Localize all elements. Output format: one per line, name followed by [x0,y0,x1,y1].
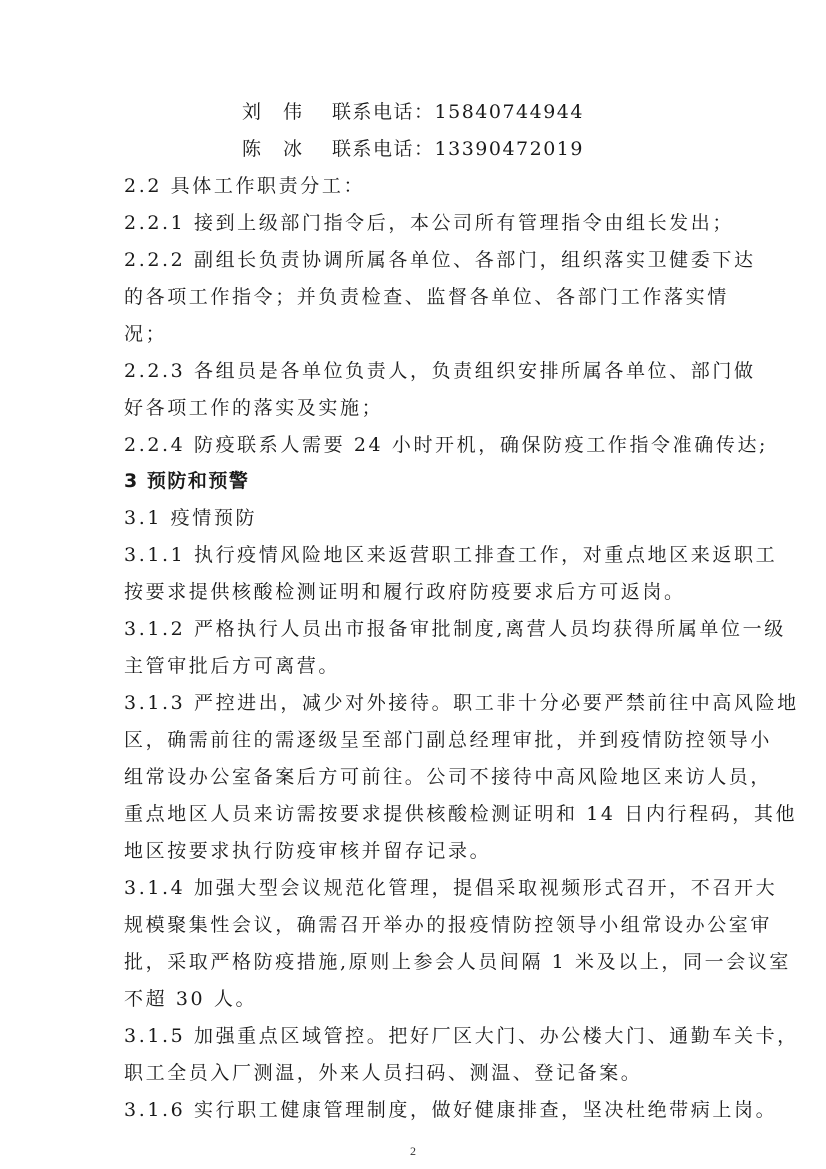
paragraph-line: 2.2.3 各组员是各单位负责人，负责组织安排所属各单位、部门做 [124,358,756,384]
contact-line: 陈 冰联系电话：13390472019 [0,136,826,162]
contact-phone: 15840744944 [435,101,584,123]
contact-name: 陈 冰 [242,136,332,162]
paragraph-line: 职工全员入厂测温，外来人员扫码、测温、登记备案。 [124,1060,642,1086]
paragraph-line: 2.2.4 防疫联系人需要 24 小时开机，确保防疫工作指令准确传达; [124,432,768,458]
paragraph-line: 3.1.1 执行疫情风险地区来返营职工排查工作，对重点地区来返职工 [124,542,777,568]
contact-label: 联系电话： [332,138,435,160]
paragraph-line: 批，采取严格防疫措施,原则上参会人员间隔 1 米及以上，同一会议室 [124,949,791,975]
paragraph-line: 重点地区人员来访需按要求提供核酸检测证明和 14 日内行程码，其他 [124,801,797,827]
paragraph-line: 区，确需前往的需逐级呈至部门副总经理审批，并到疫情防控领导小 [124,727,772,753]
paragraph-line: 组常设办公室备案后方可前往。公司不接待中高风险地区来访人员， [124,764,772,790]
paragraph-line: 按要求提供核酸检测证明和履行政府防疫要求后方可返岗。 [124,579,686,605]
paragraph-line: 地区按要求执行防疫审核并留存记录。 [124,838,491,864]
paragraph-line: 的各项工作指令；并负责检查、监督各单位、各部门工作落实情 [124,284,729,310]
paragraph-line: 好各项工作的落实及实施； [124,395,383,421]
page-number: 2 [0,1144,826,1159]
paragraph-line: 况； [124,321,167,347]
paragraph-line: 规模聚集性会议，确需召开举办的报疫情防控领导小组常设办公室审 [124,912,772,938]
paragraph-line: 3.1.4 加强大型会议规范化管理，提倡采取视频形式召开，不召开大 [124,875,777,901]
paragraph-line: 3.1.6 实行职工健康管理制度，做好健康排查，坚决杜绝带病上岗。 [124,1097,777,1123]
paragraph-line: 3.1.2 严格执行人员出市报备审批制度,离营人员均获得所属单位一级 [124,616,786,642]
contact-line: 刘 伟联系电话：15840744944 [0,99,826,125]
paragraph-line: 2.2.1 接到上级部门指令后，本公司所有管理指令由组长发出； [124,210,734,236]
section-heading-2-2: 2.2 具体工作职责分工： [124,173,365,199]
contact-phone: 13390472019 [435,138,584,160]
paragraph-line: 不超 30 人。 [124,986,257,1012]
contact-name: 刘 伟 [242,99,332,125]
section-heading-3-1: 3.1 疫情预防 [124,505,257,531]
contact-label: 联系电话： [332,101,435,123]
section-heading-3: 3 预防和预警 [124,468,249,494]
paragraph-line: 3.1.3 严控进出，减少对外接待。职工非十分必要严禁前往中高风险地 [124,690,799,716]
paragraph-line: 2.2.2 副组长负责协调所属各单位、各部门，组织落实卫健委下达 [124,247,756,273]
document-page: 刘 伟联系电话：15840744944 陈 冰联系电话：13390472019 … [0,0,826,1169]
paragraph-line: 3.1.5 加强重点区域管控。把好厂区大门、办公楼大门、通勤车关卡， [124,1023,799,1049]
paragraph-line: 主管审批后方可离营。 [124,653,340,679]
